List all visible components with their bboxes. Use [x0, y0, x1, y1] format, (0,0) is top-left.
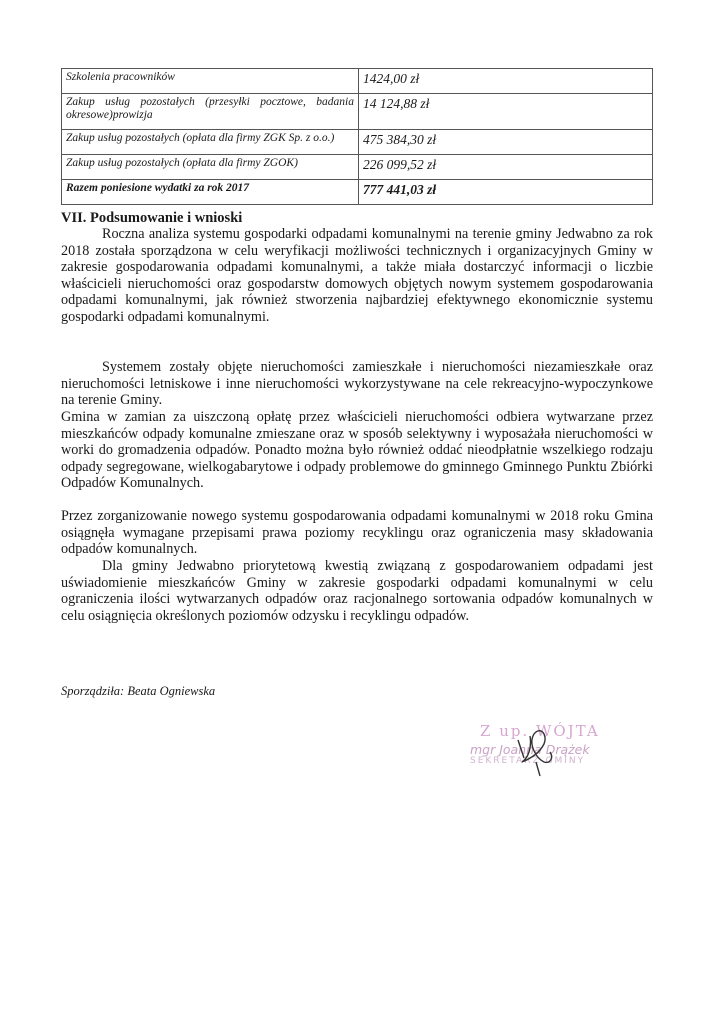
row-label: Zakup usług pozostałych (opłata dla firm… — [62, 130, 359, 155]
paragraph: Roczna analiza systemu gospodarki odpada… — [61, 226, 653, 326]
row-label: Zakup usług pozostałych (opłata dla firm… — [62, 155, 359, 180]
table-row: Zakup usług pozostałych (opłata dla firm… — [62, 130, 653, 155]
official-stamp: Z up. WÓJTA mgr Joanna Drążek SEKRETARZ … — [470, 718, 640, 778]
paragraph-text: Gmina w zamian za uiszczoną opłatę przez… — [61, 409, 653, 492]
signature-icon — [510, 718, 570, 778]
total-label: Razem poniesione wydatki za rok 2017 — [62, 180, 359, 205]
row-label: Zakup usług pozostałych (przesyłki poczt… — [62, 94, 359, 130]
table-total-row: Razem poniesione wydatki za rok 2017 777… — [62, 180, 653, 205]
paragraph: Systemem zostały objęte nieruchomości za… — [61, 359, 653, 409]
document-page: Szkolenia pracowników 1424,00 zł Zakup u… — [0, 0, 724, 1024]
row-label: Szkolenia pracowników — [62, 69, 359, 94]
paragraph: Przez zorganizowanie nowego systemu gosp… — [61, 508, 653, 558]
paragraph-text: Roczna analiza systemu gospodarki odpada… — [61, 226, 653, 326]
paragraph: Gmina w zamian za uiszczoną opłatę przez… — [61, 409, 653, 492]
table-row: Szkolenia pracowników 1424,00 zł — [62, 69, 653, 94]
row-value: 14 124,88 zł — [359, 94, 653, 130]
paragraph-text: Dla gminy Jedwabno priorytetową kwestią … — [61, 558, 653, 624]
costs-table: Szkolenia pracowników 1424,00 zł Zakup u… — [61, 68, 653, 205]
paragraph: Dla gminy Jedwabno priorytetową kwestią … — [61, 558, 653, 624]
table-row: Zakup usług pozostałych (opłata dla firm… — [62, 155, 653, 180]
row-value: 226 099,52 zł — [359, 155, 653, 180]
paragraph-text: Przez zorganizowanie nowego systemu gosp… — [61, 508, 653, 558]
author-note: Sporządziła: Beata Ogniewska — [61, 684, 215, 699]
row-value: 1424,00 zł — [359, 69, 653, 94]
paragraph-text: Systemem zostały objęte nieruchomości za… — [61, 359, 653, 409]
total-value: 777 441,03 zł — [359, 180, 653, 205]
section-title: VII. Podsumowanie i wnioski — [61, 210, 242, 227]
row-value: 475 384,30 zł — [359, 130, 653, 155]
table-row: Zakup usług pozostałych (przesyłki poczt… — [62, 94, 653, 130]
